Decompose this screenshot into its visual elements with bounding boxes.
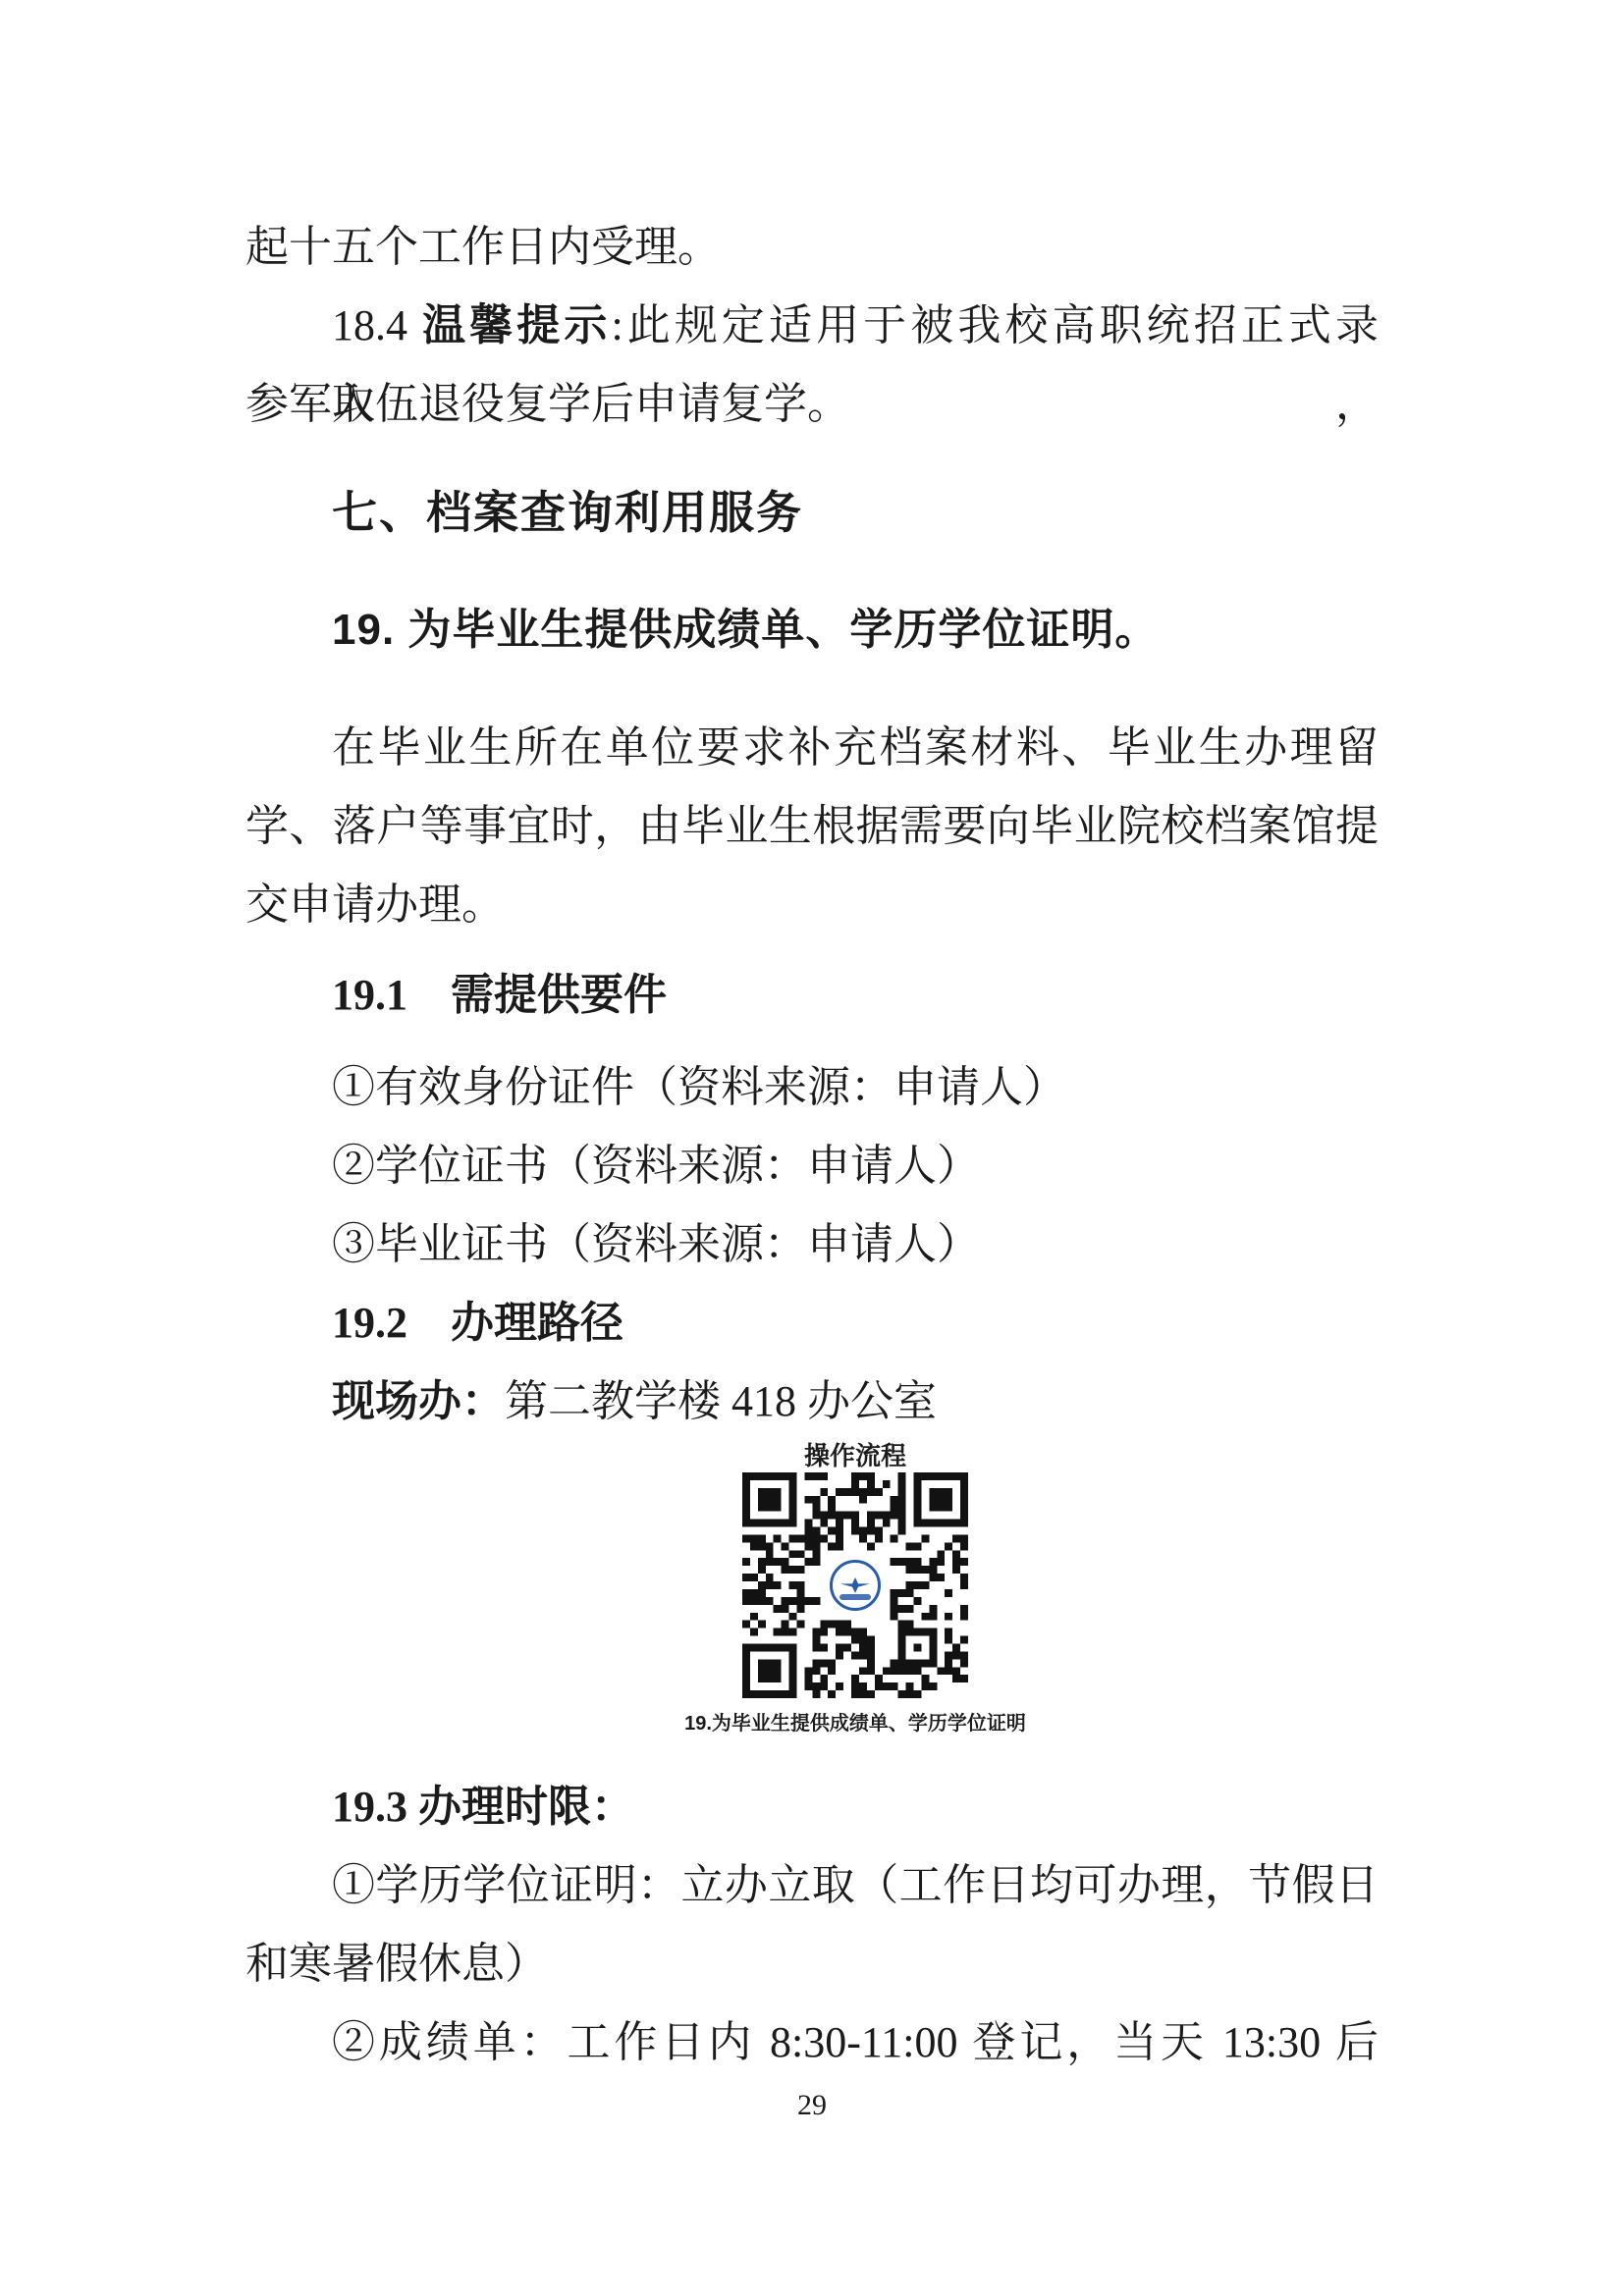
seal-band-icon — [839, 1594, 871, 1600]
onsite-path-value: 第二教学楼 418 办公室 — [505, 1377, 937, 1425]
seal-emblem-icon — [840, 1577, 870, 1593]
subheading-19-3: 19.3 办理时限： — [245, 1768, 1379, 1846]
qr-title: 操作流程 — [332, 1441, 1379, 1470]
university-seal-logo — [824, 1554, 887, 1617]
para-19-line1: 在毕业生所在单位要求补充档案材料、毕业生办理留 — [245, 709, 1379, 787]
time-limit-1-line2: 和寒暑假休息） — [245, 1925, 1379, 2003]
subheading-19-2: 19.2 办理路径 — [245, 1284, 1379, 1362]
qr-section: 操作流程 19.为毕业生提供成绩单、学历学位证明 — [245, 1441, 1379, 1736]
para-19-line2: 学、落户等事宜时，由毕业生根据需要向毕业院校档案馆提 — [245, 787, 1379, 866]
time-limit-1-line1: ①学历学位证明：立办立取（工作日均可办理，节假日 — [245, 1846, 1379, 1925]
para-19-line3: 交申请办理。 — [245, 866, 1379, 944]
document-page: 起十五个工作日内受理。 18.4 温馨提示:此规定适用于被我校高职统招正式录取，… — [0, 0, 1624, 2296]
section-heading: 七、档案查询利用服务 — [245, 473, 1379, 552]
qr-caption: 19.为毕业生提供成绩单、学历学位证明 — [332, 1711, 1379, 1736]
seal-ring-icon — [830, 1560, 881, 1611]
onsite-path-label: 现场办： — [332, 1377, 505, 1425]
onsite-path-line: 现场办：第二教学楼 418 办公室 — [245, 1362, 1379, 1441]
subheading-19-1: 19.1 需提供要件 — [245, 956, 1379, 1035]
paragraph-line: 起十五个工作日内受理。 — [245, 208, 1379, 287]
requirement-item-3: ③毕业证书（资料来源：申请人） — [245, 1205, 1379, 1284]
requirement-item-1: ①有效身份证件（资料来源：申请人） — [245, 1048, 1379, 1127]
time-limit-2-line: ②成绩单：工作日内 8:30-11:00 登记，当天 13:30 后 — [245, 2003, 1379, 2082]
page-number: 29 — [245, 2088, 1379, 2123]
qr-code — [742, 1472, 968, 1698]
requirement-item-2: ②学位证书（资料来源：申请人） — [245, 1127, 1379, 1205]
tip-18-4-number: 18.4 — [332, 301, 422, 349]
tip-18-4-label: 温馨提示 — [422, 301, 611, 349]
item-19-heading: 19. 为毕业生提供成绩单、学历学位证明。 — [245, 591, 1379, 669]
tip-18-4-line1: 18.4 温馨提示:此规定适用于被我校高职统招正式录取， — [245, 287, 1379, 365]
